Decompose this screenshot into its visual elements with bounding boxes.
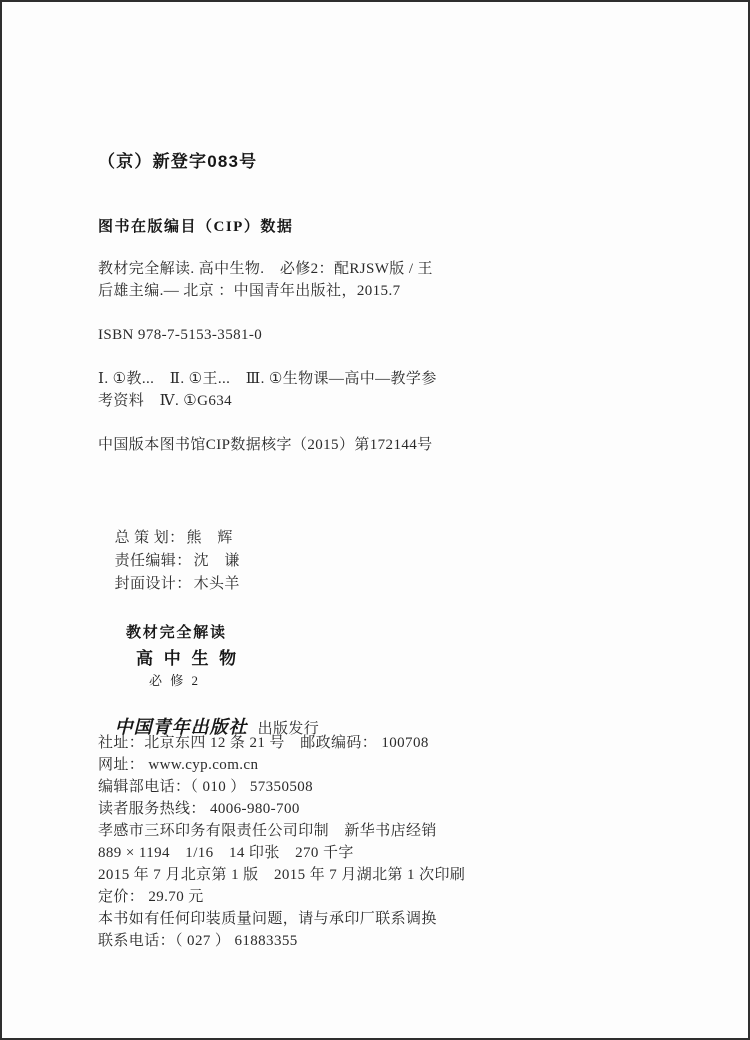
credit-label: 封面设计：: [115, 576, 192, 592]
book-title: 高 中 生 物: [136, 648, 239, 669]
cip-classification-line-1: Ⅰ. ①教... Ⅱ. ①王... Ⅲ. ①生物课—高中—教学参: [98, 370, 437, 389]
volume-label: 必 修 2: [149, 673, 201, 689]
colophon-line-address: 社址：北京东四 12 条 21 号 邮政编码： 100708: [98, 734, 429, 753]
cip-data-header: 图书在版编目（CIP）数据: [98, 218, 293, 237]
cip-description-line-2: 后雄主编.— 北京 ：中国青年出版社，2015.7: [98, 282, 401, 301]
cip-description-line-1: 教材完全解读. 高中生物. 必修2：配RJSW版 / 王: [98, 260, 433, 279]
copyright-page: （京）新登字083号 图书在版编目（CIP）数据 教材完全解读. 高中生物. 必…: [0, 0, 750, 1040]
colophon-line-printer: 孝感市三环印务有限责任公司印制 新华书店经销: [98, 822, 437, 841]
isbn-line: ISBN 978-7-5153-3581-0: [98, 326, 262, 345]
colophon-line-service-hotline: 读者服务热线： 4006-980-700: [98, 800, 300, 819]
credit-value: 木头羊: [194, 576, 240, 592]
colophon-line-price: 定价： 29.70 元: [98, 888, 204, 907]
colophon-line-format: 889 × 1194 1/16 14 印张 270 千字: [98, 844, 354, 863]
colophon-line-contact-phone: 联系电话：（ 027 ） 61883355: [98, 932, 298, 951]
colophon-line-website: 网址： www.cyp.com.cn: [98, 756, 258, 775]
colophon-line-quality-notice: 本书如有任何印装质量问题，请与承印厂联系调换: [98, 910, 437, 929]
colophon-line-edition: 2015 年 7 月北京第 1 版 2015 年 7 月湖北第 1 次印刷: [98, 866, 465, 885]
registration-number-line: （京）新登字083号: [98, 151, 257, 172]
cip-classification-line-2: 考资料 Ⅳ. ①G634: [98, 392, 232, 411]
credit-row-cover-designer: 封面设计：木头羊: [98, 556, 240, 612]
series-title: 教材完全解读: [126, 624, 227, 643]
colophon-line-editorial-phone: 编辑部电话：（ 010 ） 57350508: [98, 778, 313, 797]
cip-record-number-line: 中国版本图书馆CIP数据核字（2015）第172144号: [98, 436, 433, 455]
